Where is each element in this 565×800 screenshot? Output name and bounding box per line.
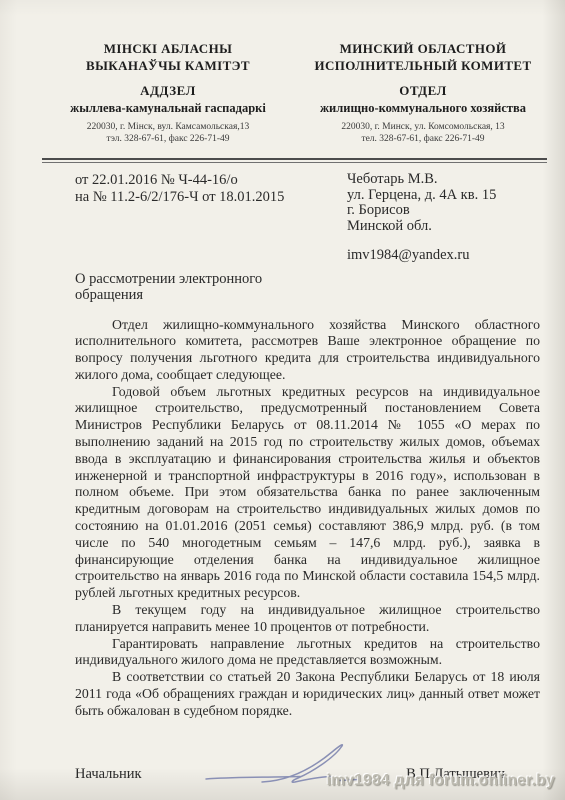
body-paragraph: Годовой объем льготных кредитных ресурсо… (75, 384, 540, 602)
org-name-line: МІНСКІ АБЛАСНЫ (42, 40, 294, 57)
org-phone: тэл. 328-67-61, факс 226-71-49 (42, 133, 294, 145)
body-paragraph: В соответствии со статьей 20 Закона Респ… (75, 669, 540, 719)
watermark-text: imv1984 для forum.onliner.by (327, 772, 555, 790)
incoming-reference: на № 11.2-6/2/176-Ч от 18.01.2015 (75, 189, 347, 206)
signer-position: Начальник (75, 766, 142, 783)
scanned-letter-page: МІНСКІ АБЛАСНЫ ВЫКАНАЎЧЫ КАМІТЭТ АДДЗЕЛ … (0, 0, 565, 800)
org-name-line: ВЫКАНАЎЧЫ КАМІТЭТ (42, 57, 294, 74)
addressee-region: Минской обл. (347, 219, 496, 235)
body-paragraph: Отдел жилищно-коммунального хозяйства Ми… (75, 317, 540, 384)
dept-title: ОТДЕЛ (297, 83, 549, 99)
letter-body: Отдел жилищно-коммунального хозяйства Ми… (75, 317, 540, 720)
letterhead-russian: МИНСКИЙ ОБЛАСТНОЙ ИСПОЛНИТЕЛЬНЫЙ КОМИТЕТ… (297, 40, 549, 145)
outgoing-reference: от 22.01.2016 № Ч-44-16/о (75, 172, 347, 189)
dept-subtitle: жилищно-коммунального хозяйства (297, 101, 549, 116)
addressee-city: г. Борисов (347, 203, 496, 219)
addressee-name: Чеботарь М.В. (347, 172, 496, 188)
letterhead-divider-rule (42, 158, 547, 163)
org-address: 220030, г. Мінск, вул. Камсамольская,13 (42, 121, 294, 133)
letter-subject: О рассмотрении электронного обращения (75, 271, 315, 304)
body-paragraph: Гарантировать направление льготных креди… (75, 636, 540, 670)
org-address: 220030, г. Минск, ул. Комсомольская, 13 (297, 121, 549, 133)
body-paragraph: В текущем году на индивидуальное жилищно… (75, 602, 540, 636)
reference-block: от 22.01.2016 № Ч-44-16/о на № 11.2-6/2/… (75, 172, 347, 264)
letterhead-belarusian: МІНСКІ АБЛАСНЫ ВЫКАНАЎЧЫ КАМІТЭТ АДДЗЕЛ … (42, 40, 294, 145)
addressee-email: imv1984@yandex.ru (347, 248, 496, 264)
letterhead: МІНСКІ АБЛАСНЫ ВЫКАНАЎЧЫ КАМІТЭТ АДДЗЕЛ … (0, 0, 565, 145)
addressee-street: ул. Герцена, д. 4А кв. 15 (347, 188, 496, 204)
org-name-line: ИСПОЛНИТЕЛЬНЫЙ КОМИТЕТ (297, 57, 549, 74)
addressee-block: Чеботарь М.В. ул. Герцена, д. 4А кв. 15 … (347, 172, 496, 264)
dept-title: АДДЗЕЛ (42, 83, 294, 99)
org-phone: тел. 328-67-61, факс 226-71-49 (297, 133, 549, 145)
dept-subtitle: жыллева-камунальнай гаспадаркі (42, 101, 294, 116)
reference-addressee-row: от 22.01.2016 № Ч-44-16/о на № 11.2-6/2/… (0, 172, 565, 264)
org-name-line: МИНСКИЙ ОБЛАСТНОЙ (297, 40, 549, 57)
